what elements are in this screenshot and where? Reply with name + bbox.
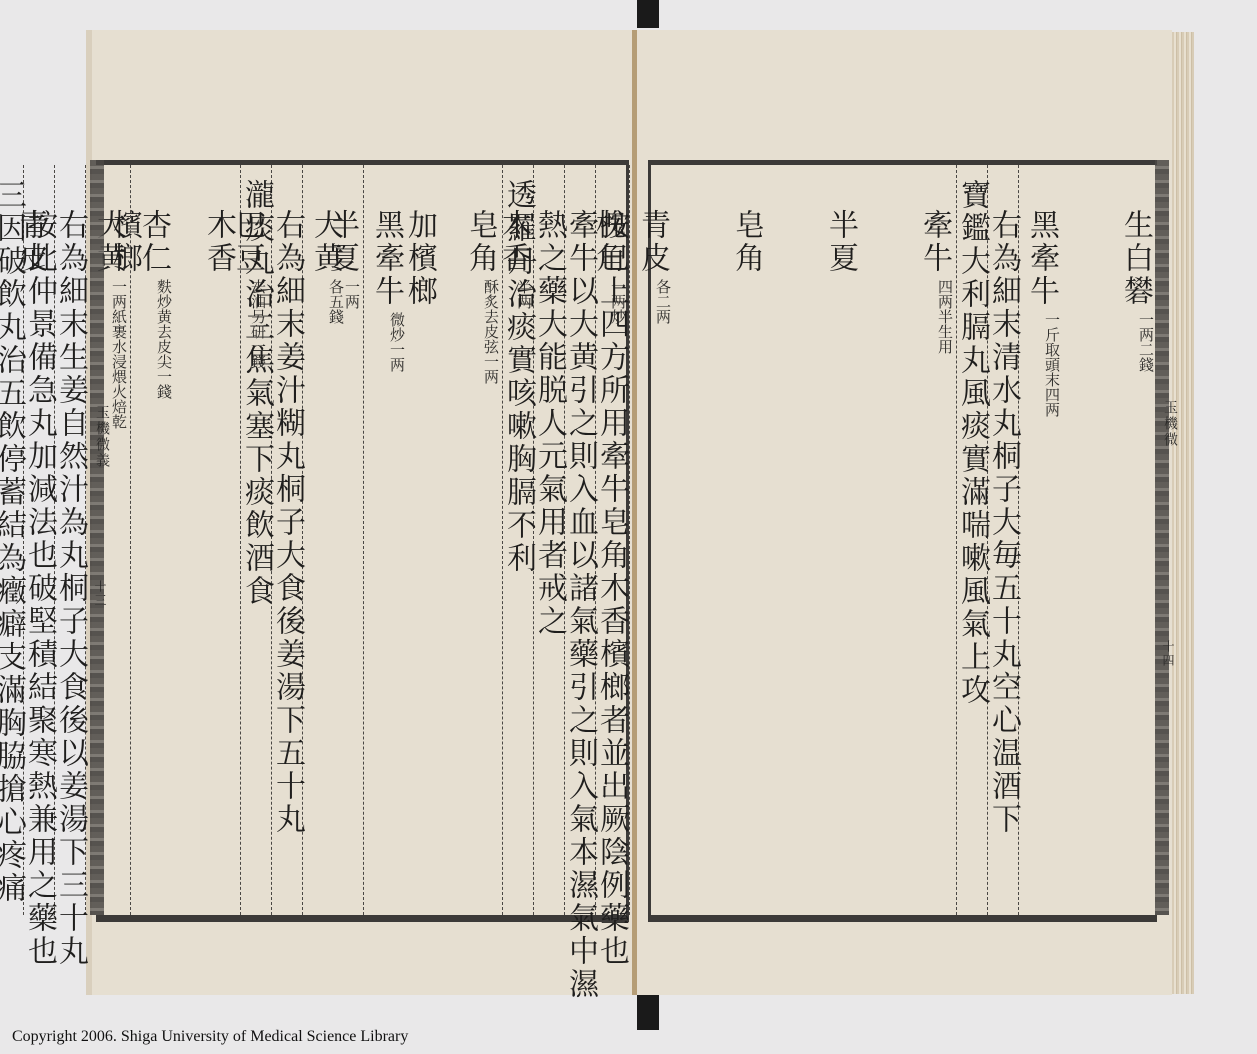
herb-name: 杏仁 bbox=[131, 209, 175, 275]
fore-edge bbox=[1172, 32, 1194, 994]
right-page-text-frame: 生白礬一两二錢黑牽牛一斤取頭末四两右為細末清水丸桐子大毎五十丸空心温酒下寶鑑大利… bbox=[648, 160, 1157, 922]
herb-name: 巴豆 bbox=[225, 209, 269, 275]
herb-entry: 黑牽牛微炒一两 bbox=[364, 209, 408, 915]
right-page-center-strip bbox=[1155, 160, 1169, 915]
right-margin-label: 玉機微 bbox=[1160, 400, 1180, 448]
herb-dose: 一斤取頭末四两 bbox=[1042, 312, 1063, 417]
herb-dose: 一两 bbox=[342, 279, 363, 309]
text-column: 半夏一两巴豆去油另研一錢杏仁麩炒黄去皮尖一錢 bbox=[130, 165, 363, 915]
text-column: 寶鑑大利膈丸風痰實滿喘嗽風氣上攻 bbox=[956, 165, 987, 915]
herb-entry: 生白礬一两二錢 bbox=[1113, 209, 1157, 915]
copyright-notice: Copyright 2006. Shiga University of Medi… bbox=[12, 1028, 408, 1046]
bookmark-ribbon-top bbox=[637, 0, 659, 28]
body-text: 右為細末清水丸桐子大毎五十丸空心温酒下 bbox=[988, 209, 1018, 915]
herb-dose: 麩炒黄去皮尖一錢 bbox=[154, 279, 175, 399]
right-page-columns: 生白礬一两二錢黑牽牛一斤取頭末四两右為細末清水丸桐子大毎五十丸空心温酒下寶鑑大利… bbox=[651, 165, 1157, 915]
herb-dose: 一两紙裹水浸煨火焙乾 bbox=[109, 279, 130, 429]
herb-entry: 皂角酥炙去皮弦一两 bbox=[458, 209, 502, 915]
text-column: 牽牛四两半生用半夏皂角青皮各二两 bbox=[629, 165, 956, 915]
herb-name: 青皮 bbox=[630, 209, 674, 275]
bookmark-ribbon-bottom bbox=[637, 995, 659, 1030]
prescription-heading: 寶鑑大利膈丸風痰實滿喘嗽風氣上攻 bbox=[957, 179, 987, 915]
herb-dose: 去油另研一錢 bbox=[248, 279, 269, 369]
body-text: 按巳上四方所用牽牛皂角木香檳榔者並出厥陰例藥也 bbox=[596, 209, 626, 915]
herb-name: 黑牽牛 bbox=[1019, 209, 1063, 308]
text-column: 皂角酥炙去皮弦一两黑牽牛微炒一两 bbox=[363, 165, 502, 915]
text-column: 右為細末生姜自然汁為丸桐子大食後以姜湯下三十丸 bbox=[54, 165, 85, 915]
herb-entry: 半夏一两 bbox=[319, 209, 363, 915]
herb-entry: 牽牛四两半生用 bbox=[912, 209, 956, 915]
prescription-heading: 透羅丹治痰實咳嗽胸膈不利 bbox=[503, 179, 533, 915]
herb-name: 生白礬 bbox=[1113, 209, 1157, 308]
text-column: 牽牛以大黄引之則入血以諸氣藥引之則入氣本濕氣中濕 bbox=[564, 165, 595, 915]
herb-entry: 青皮各二两 bbox=[630, 209, 674, 915]
herb-entry: 黑牽牛一斤取頭末四两 bbox=[1019, 209, 1063, 915]
text-column: 生白礬一两二錢黑牽牛一斤取頭末四两 bbox=[1018, 165, 1157, 915]
herb-name: 皂角 bbox=[724, 209, 768, 275]
left-page-center-strip bbox=[90, 160, 104, 915]
book-spread: 生白礬一两二錢黑牽牛一斤取頭末四两右為細末清水丸桐子大毎五十丸空心温酒下寶鑑大利… bbox=[0, 0, 1257, 1054]
herb-name: 皂角 bbox=[458, 209, 502, 275]
herb-dose: 各二两 bbox=[653, 279, 674, 324]
herb-dose: 四两半生用 bbox=[935, 279, 956, 354]
text-column: 右為細末清水丸桐子大毎五十丸空心温酒下 bbox=[987, 165, 1018, 915]
left-margin-label: 玉機微義 bbox=[92, 405, 112, 469]
herb-dose: 酥炙去皮弦一两 bbox=[481, 279, 502, 384]
herb-list: 生白礬一两二錢黑牽牛一斤取頭末四两 bbox=[1019, 209, 1157, 915]
herb-dose: 微炒一两 bbox=[387, 312, 408, 372]
body-text: 牽牛以大黄引之則入血以諸氣藥引之則入氣本濕氣中濕 bbox=[565, 209, 595, 915]
herb-name: 半夏 bbox=[818, 209, 862, 275]
herb-entry: 巴豆去油另研一錢 bbox=[225, 209, 269, 915]
body-text: 熱之藥大能脱人元氣用者戒之 bbox=[534, 209, 564, 915]
herb-list: 半夏一两巴豆去油另研一錢杏仁麩炒黄去皮尖一錢 bbox=[131, 209, 363, 915]
text-column: 按巳上四方所用牽牛皂角木香檳榔者並出厥陰例藥也 bbox=[595, 165, 626, 915]
herb-entry: 半夏 bbox=[818, 209, 862, 915]
herb-dose: 一两二錢 bbox=[1136, 312, 1157, 372]
body-text: 按此仲景備急丸加減法也破堅積結聚寒熱兼用之藥也 bbox=[24, 209, 54, 915]
text-column: 熱之藥大能脱人元氣用者戒之 bbox=[533, 165, 564, 915]
herb-name: 黑牽牛 bbox=[364, 209, 408, 308]
herb-name: 牽牛 bbox=[912, 209, 956, 275]
herb-list: 皂角酥炙去皮弦一两黑牽牛微炒一两 bbox=[364, 209, 502, 915]
text-column: 按此仲景備急丸加減法也破堅積結聚寒熱兼用之藥也 bbox=[23, 165, 54, 915]
text-column: 三因破飲丸治五飲停蓄結為癥癖支滿胸脇搶心疼痛 bbox=[0, 165, 23, 915]
left-page-columns: 按巳上四方所用牽牛皂角木香檳榔者並出厥陰例藥也牽牛以大黄引之則入血以諸氣藥引之則… bbox=[110, 165, 626, 915]
body-text: 右為細末生姜自然汁為丸桐子大食後以姜湯下三十丸 bbox=[55, 209, 85, 915]
prescription-heading: 三因破飲丸治五飲停蓄結為癥癖支滿胸脇搶心疼痛 bbox=[0, 179, 23, 915]
text-column: 透羅丹治痰實咳嗽胸膈不利 bbox=[502, 165, 533, 915]
right-page-mark: 十四 bbox=[1160, 640, 1177, 668]
herb-entry: 皂角 bbox=[724, 209, 768, 915]
herb-name: 半夏 bbox=[319, 209, 363, 275]
herb-entry: 杏仁麩炒黄去皮尖一錢 bbox=[131, 209, 175, 915]
left-page-mark: 十三 bbox=[92, 580, 109, 608]
left-page-text-frame: 按巳上四方所用牽牛皂角木香檳榔者並出厥陰例藥也牽牛以大黄引之則入血以諸氣藥引之則… bbox=[96, 160, 629, 922]
herb-list: 牽牛四两半生用半夏皂角青皮各二两 bbox=[630, 209, 956, 915]
